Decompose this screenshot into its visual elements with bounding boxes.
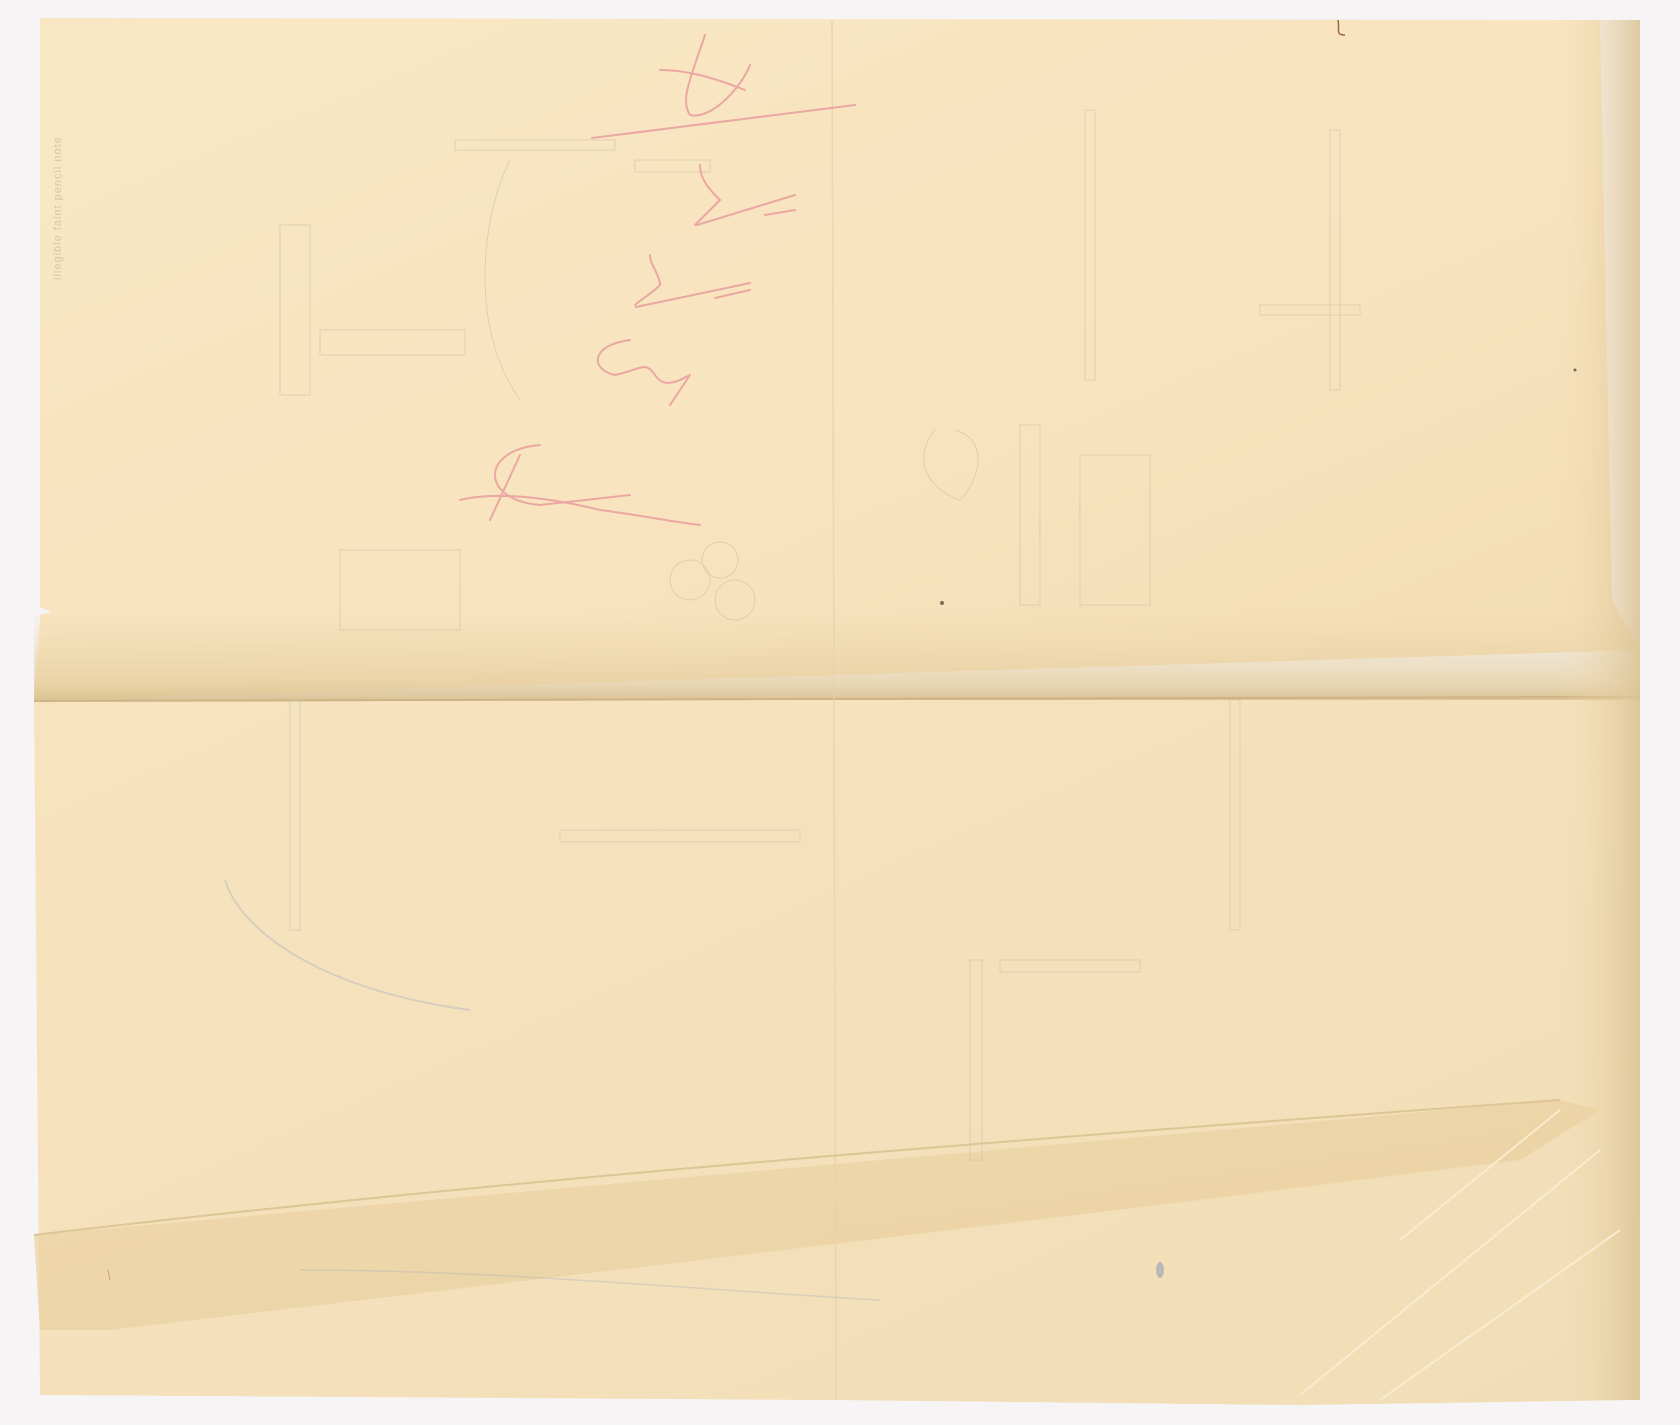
horizontal-fold-shadow [34, 610, 1640, 700]
sheet-top-panel [34, 18, 1640, 700]
scanned-tracing-paper-sheet: illegible faint pencil note illegible re… [0, 0, 1680, 1425]
pencil-margin-note: illegible faint pencil note [52, 40, 74, 280]
paper-illustration [0, 0, 1680, 1425]
